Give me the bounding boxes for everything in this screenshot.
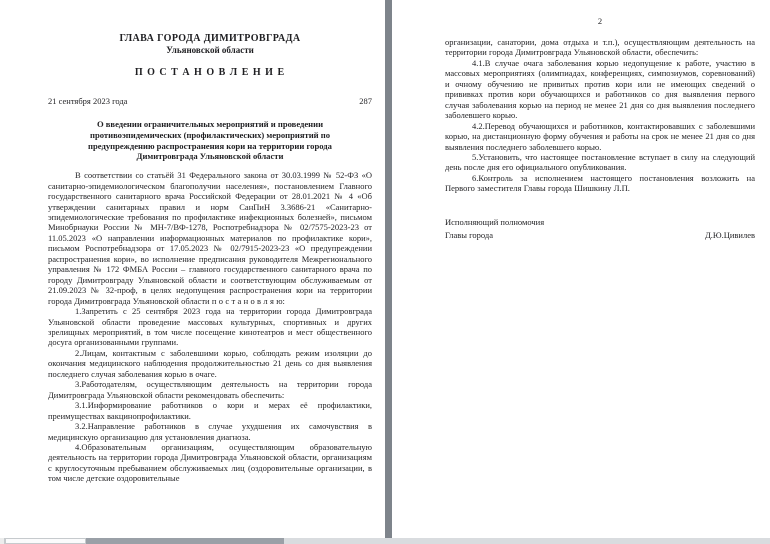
org-name-line-1: ГЛАВА ГОРОДА ДИМИТРОВГРАДА [48, 33, 372, 44]
paragraph: 2.Лицам, контактным с заболевшими корью,… [48, 348, 372, 379]
paragraph: 4.1.В случае очага заболевания корью нед… [445, 58, 755, 121]
paragraph: 5.Установить, что настоящее постановлени… [445, 152, 755, 173]
document-date: 21 сентября 2023 года [48, 96, 127, 106]
horizontal-scrollbar[interactable] [0, 538, 770, 544]
page-1-body: В соответствии со статьёй 31 Федеральног… [48, 170, 372, 484]
signatory-name: Д.Ю.Цивилев [705, 229, 755, 242]
signatory-position-line-2: Главы города [445, 229, 493, 242]
paragraph: организации, санатории, дома отдыха и т.… [445, 37, 755, 58]
document-title: О введении ограничительных мероприятий и… [59, 119, 361, 162]
paragraph: 6.Контроль за исполнением настоящего пос… [445, 173, 755, 194]
scrollbar-track-segment[interactable] [5, 538, 86, 544]
paragraph: 3.Работодателям, осуществляющим деятельн… [48, 379, 372, 400]
date-number-row: 21 сентября 2023 года 287 [48, 96, 372, 106]
paragraph: В соответствии со статьёй 31 Федеральног… [48, 170, 372, 306]
document-number: 287 [359, 96, 372, 106]
document-page-2: 2 организации, санатории, дома отдыха и … [392, 0, 770, 538]
page-2-body: организации, санатории, дома отдыха и т.… [445, 37, 755, 194]
document-page-1: ГЛАВА ГОРОДА ДИМИТРОВГРАДА Ульяновской о… [0, 0, 385, 538]
signatory-position-line-1: Исполняющий полномочия [445, 216, 755, 229]
document-viewer: { "colors": { "page_background": "#fffff… [0, 0, 770, 544]
org-name-line-2: Ульяновской области [48, 45, 372, 55]
scrollbar-thumb[interactable] [86, 538, 284, 544]
paragraph: 3.1.Информирование работников о кори и м… [48, 400, 372, 421]
paragraph: 1.Запретить с 25 сентября 2023 года на т… [48, 306, 372, 348]
page-number: 2 [445, 16, 755, 26]
signature-block: Исполняющий полномочия Главы города Д.Ю.… [445, 216, 755, 242]
page-gap-divider [385, 0, 392, 538]
paragraph: 3.2.Направление работников в случае ухуд… [48, 421, 372, 442]
document-type-heading: П О С Т А Н О В Л Е Н И Е [48, 67, 372, 78]
paragraph: 4.Образовательным организациям, осуществ… [48, 442, 372, 484]
paragraph: 4.2.Перевод обучающихся и работников, ко… [445, 121, 755, 152]
